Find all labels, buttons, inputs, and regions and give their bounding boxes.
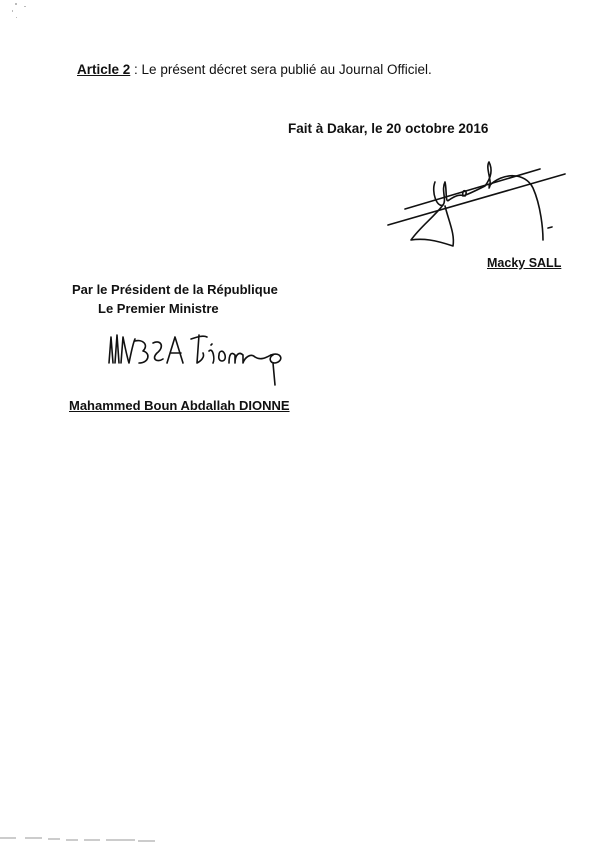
place-date: Fait à Dakar, le 20 octobre 2016 bbox=[288, 121, 488, 136]
president-signature-icon bbox=[385, 160, 585, 260]
countersign-by-line: Par le Président de la République bbox=[72, 282, 278, 297]
president-name: Macky SALL bbox=[487, 256, 561, 270]
article-2: Article 2 : Le présent décret sera publi… bbox=[77, 62, 432, 77]
article-text: Le présent décret sera publié au Journal… bbox=[142, 62, 432, 77]
prime-minister-title: Le Premier Ministre bbox=[98, 301, 219, 316]
article-separator: : bbox=[130, 62, 141, 77]
prime-minister-name: Mahammed Boun Abdallah DIONNE bbox=[69, 398, 290, 413]
prime-minister-signature-icon bbox=[105, 327, 285, 397]
article-label: Article 2 bbox=[77, 62, 130, 77]
